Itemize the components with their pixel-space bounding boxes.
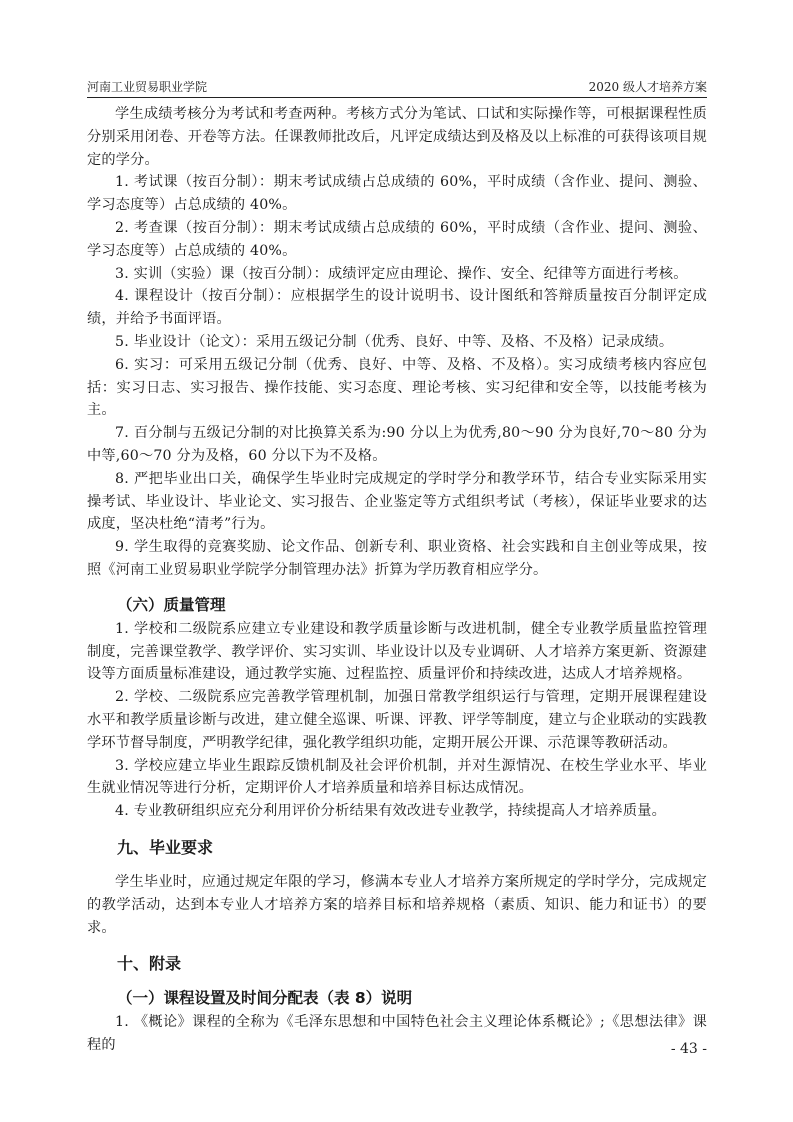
- assessment-item-9: 9. 学生取得的竞赛奖励、论文作品、创新专利、职业资格、社会实践和自主创业等成果…: [87, 536, 707, 582]
- assessment-intro: 学生成绩考核分为考试和考查两种。考核方式分为笔试、口试和实际操作等，可根据课程性…: [87, 103, 707, 171]
- appendix-heading: 十、附录: [87, 953, 707, 975]
- assessment-item-6: 6. 实习：可采用五级记分制（优秀、良好、中等、及格、不及格）。实习成绩考核内容…: [87, 354, 707, 422]
- assessment-item-8: 8. 严把毕业出口关，确保学生毕业时完成规定的学时学分和教学环节，结合专业实际采…: [87, 468, 707, 536]
- header-divider: [87, 97, 707, 98]
- header-document-title: 2020 级人才培养方案: [589, 78, 707, 95]
- assessment-item-3: 3. 实训（实验）课（按百分制）：成绩评定应由理论、操作、安全、纪律等方面进行考…: [87, 263, 707, 286]
- quality-item-4: 4. 专业教研组织应充分利用评价分析结果有效改进专业教学，持续提高人才培养质量。: [87, 800, 707, 823]
- assessment-item-2: 2. 考查课（按百分制）：期末考试成绩占总成绩的 60%，平时成绩（含作业、提问…: [87, 217, 707, 263]
- page-number: - 43 -: [671, 1041, 707, 1057]
- quality-heading: （六）质量管理: [87, 594, 707, 616]
- assessment-item-7: 7. 百分制与五级记分制的对比换算关系为:90 分以上为优秀,80～90 分为良…: [87, 422, 707, 468]
- assessment-item-5: 5. 毕业设计（论文）：采用五级记分制（优秀、良好、中等、及格、不及格）记录成绩…: [87, 331, 707, 354]
- header-institution: 河南工业贸易职业学院: [87, 78, 207, 95]
- page-header: 河南工业贸易职业学院 2020 级人才培养方案: [87, 74, 707, 96]
- quality-item-3: 3. 学校应建立毕业生跟踪反馈机制及社会评价机制，并对生源情况、在校生学业水平、…: [87, 755, 707, 801]
- page-content: 学生成绩考核分为考试和考查两种。考核方式分为笔试、口试和实际操作等，可根据课程性…: [87, 103, 707, 1057]
- graduation-heading: 九、毕业要求: [87, 837, 707, 859]
- quality-item-1: 1. 学校和二级院系应建立专业建设和教学质量诊断与改进机制，健全专业教学质量监控…: [87, 618, 707, 686]
- assessment-item-4: 4. 课程设计（按百分制）：应根据学生的设计说明书、设计图纸和答辩质量按百分制评…: [87, 285, 707, 331]
- assessment-item-1: 1. 考试课（按百分制）：期末考试成绩占总成绩的 60%，平时成绩（含作业、提问…: [87, 171, 707, 217]
- appendix-sub-heading: （一）课程设置及时间分配表（表 8）说明: [87, 987, 707, 1009]
- appendix-item-1: 1. 《概论》课程的全称为《毛泽东思想和中国特色社会主义理论体系概论》;《思想法…: [87, 1011, 707, 1057]
- quality-item-2: 2. 学校、二级院系应完善教学管理机制，加强日常教学组织运行与管理，定期开展课程…: [87, 686, 707, 754]
- graduation-text: 学生毕业时，应通过规定年限的学习，修满本专业人才培养方案所规定的学时学分，完成规…: [87, 871, 707, 939]
